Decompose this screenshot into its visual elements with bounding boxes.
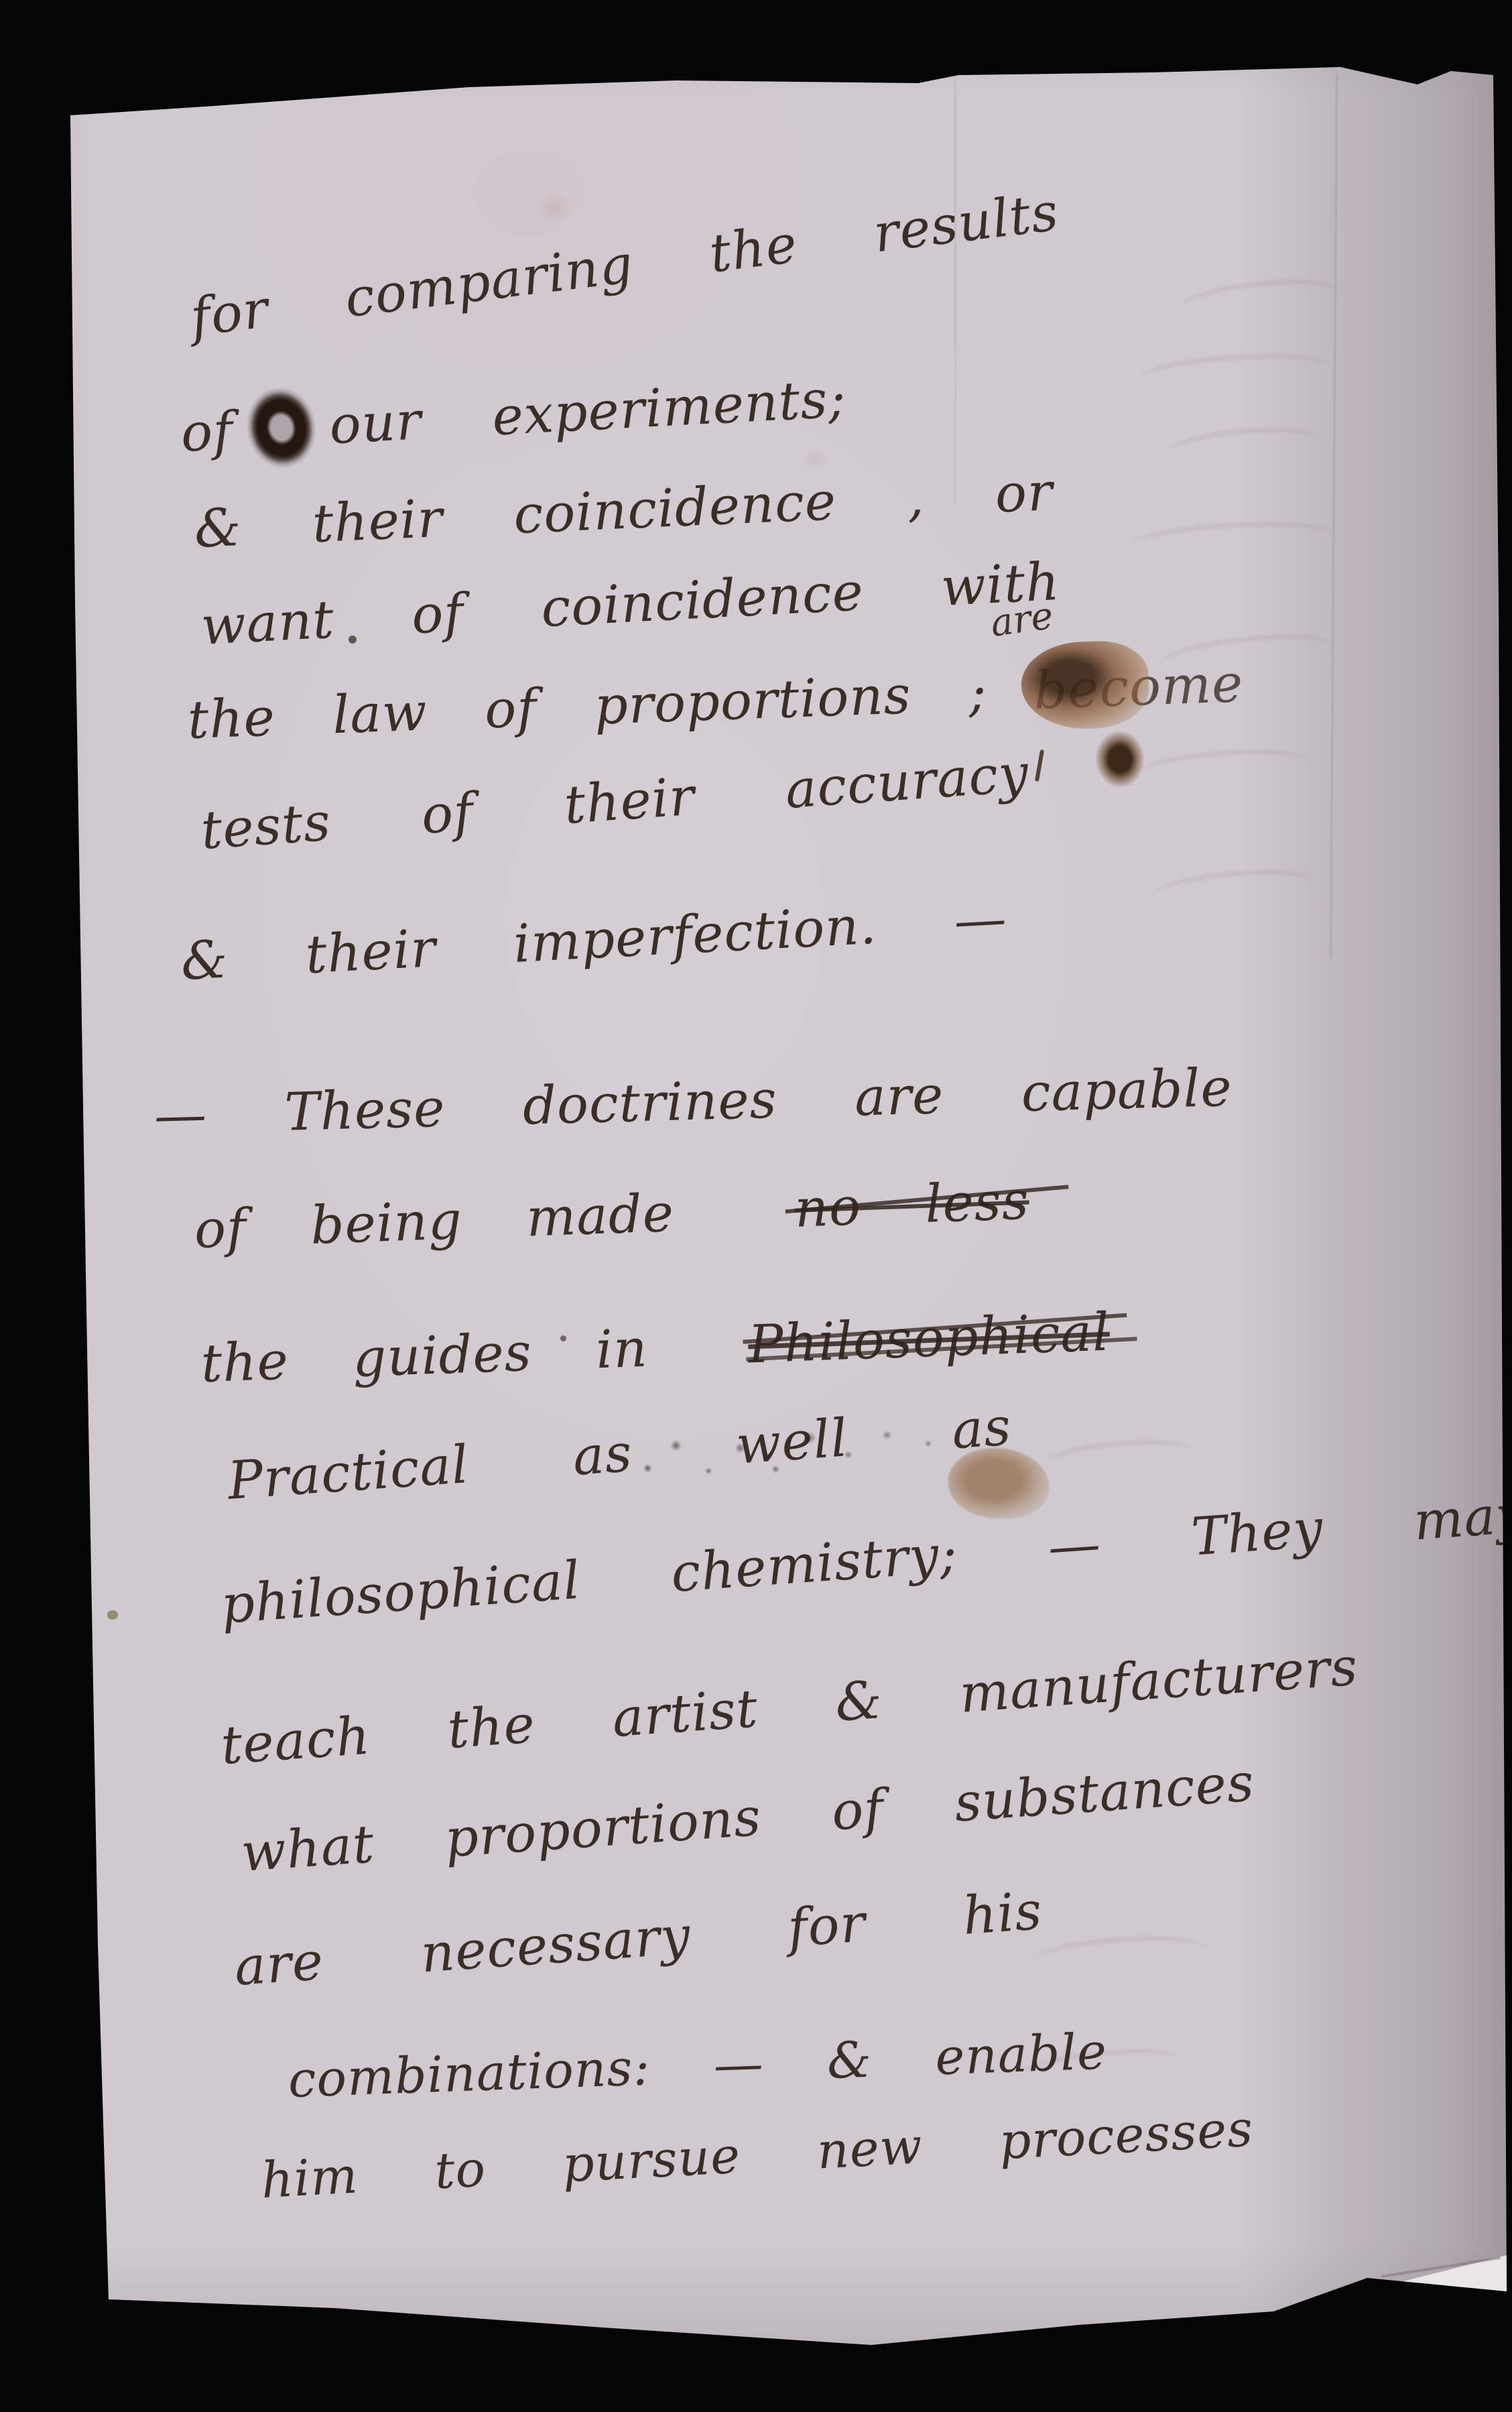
ink-speck: [107, 1610, 118, 1620]
show-through-ghost: [1178, 274, 1342, 326]
struck-word: Philosophical: [747, 1303, 1111, 1376]
manuscript-line-2: ofour experiments;: [179, 357, 848, 474]
show-through-ghost: [1165, 422, 1322, 470]
foxing-spot: [802, 448, 828, 471]
manuscript-page: for comparing the results ofour experime…: [0, 0, 1512, 2412]
manuscript-line-15: are necessary for his: [233, 1881, 1044, 1998]
manuscript-line-8: — These doctrines are capable: [153, 1058, 1233, 1146]
paper-tear: [1367, 2254, 1512, 2313]
manuscript-line-7: & their imperfection. —: [180, 888, 1009, 991]
blotted-word-wrap: become: [1033, 654, 1245, 721]
show-through-ghost: [1044, 1435, 1194, 1480]
inserted-word: are: [988, 594, 1056, 646]
fold-crease: [954, 75, 956, 504]
struck-words: no less: [794, 1171, 1030, 1240]
show-through-ghost: [1151, 865, 1315, 913]
binding-crease: [1329, 74, 1338, 959]
manuscript-line-5: the law of proportions ;become: [186, 654, 1244, 751]
show-through-ghost: [1139, 349, 1328, 393]
manuscript-line-10: the guides inPhilosophical: [200, 1303, 1111, 1394]
manuscript-line-1: for comparing the results: [188, 182, 1062, 348]
insertion-caret: [1035, 749, 1044, 782]
manuscript-line-17: him to pursue new processes: [260, 2100, 1255, 2210]
brown-stain: [948, 1448, 1049, 1518]
show-through-ghost: [1031, 1931, 1208, 1978]
manuscript-line-9: of being madeno less: [193, 1171, 1030, 1260]
show-through-ghost: [1139, 745, 1308, 788]
manuscript-line-16: combinations: — & enable: [287, 2023, 1108, 2109]
manuscript-line-12: philosophical chemistry; — They may: [219, 1484, 1512, 1636]
manuscript-line-6: tests of their accuracy: [199, 743, 1031, 861]
scribbled-out-letter-blot: [240, 381, 323, 474]
foxing-spot: [536, 191, 574, 225]
brown-ink-blot-small: [1094, 729, 1145, 789]
manuscript-line-3: & their coincidence , or: [193, 462, 1054, 560]
ink-smudge: [624, 1396, 965, 1506]
manuscript-line-4: want of coincidence with: [200, 552, 1062, 657]
show-through-ghost: [1132, 518, 1334, 561]
photo-background: for comparing the results ofour experime…: [0, 0, 1512, 2412]
manuscript-line-13: teach the artist & manufacturers: [219, 1637, 1360, 1776]
manuscript-line-14: what proportions of substances: [239, 1752, 1257, 1883]
